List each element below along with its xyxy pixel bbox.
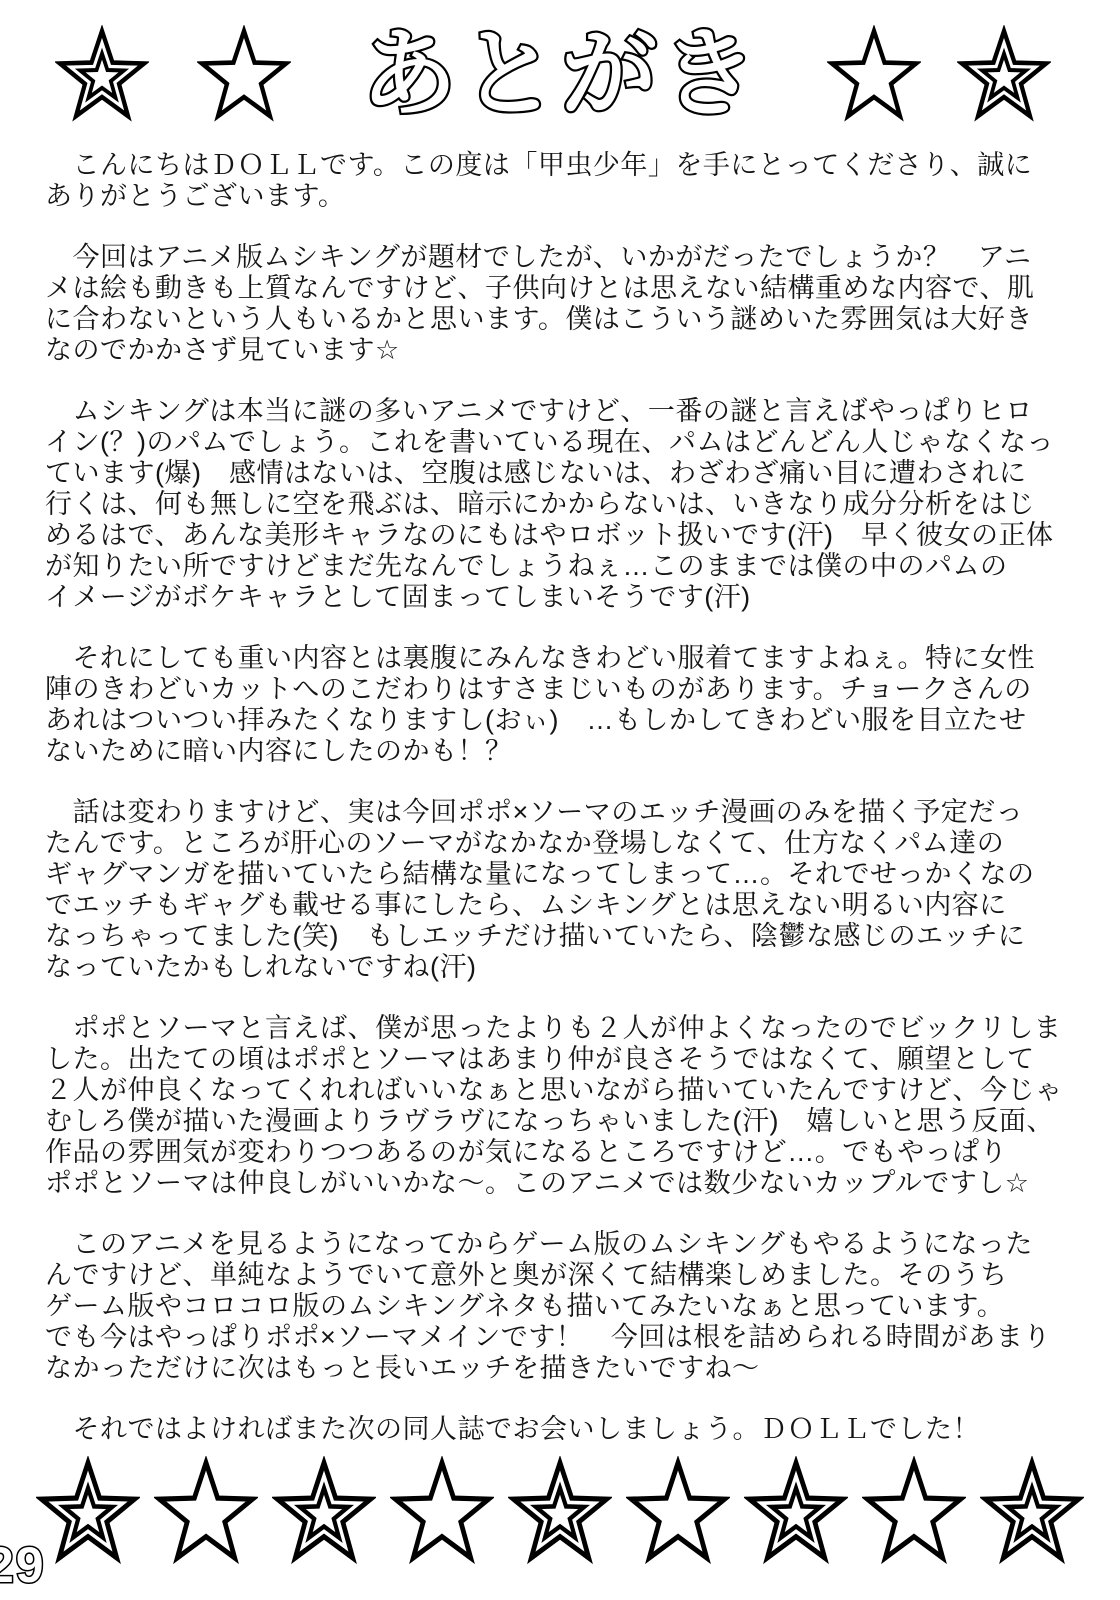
paragraph: こんにちはＤＯＬＬです。この度は「甲虫少年」を手にとってくださり、誠にありがとう… <box>45 150 1082 212</box>
text-line: ゲーム版やコロコロ版のムシキングネタも描いてみたいなぁと思っています。 <box>45 1291 1082 1322</box>
text-line: ないために暗い内容にしたのかも！？ <box>45 736 1082 767</box>
text-line: に合わないという人もいるかと思います。僕はこういう謎めいた雰囲気は大好き <box>45 304 1082 335</box>
double-outline-star-icon <box>55 25 149 125</box>
double-outline-star-icon <box>744 1456 848 1568</box>
text-line: なっちゃってました(笑) もしエッチだけ描いていたら、陰鬱な感じのエッチに <box>45 921 1082 952</box>
paragraph: 今回はアニメ版ムシキングが題材でしたが、いかがだったでしょうか？ アニメは絵も動… <box>45 242 1082 366</box>
text-line: ありがとうございます。 <box>45 181 1082 212</box>
outline-star-icon <box>197 25 291 125</box>
text-line: 作品の雰囲気が変わりつつあるのが気になるところですけど…。でもやっぱり <box>45 1137 1082 1168</box>
paragraph: このアニメを見るようになってからゲーム版のムシキングもやるようになったんですけど… <box>45 1229 1082 1384</box>
page-title: あとがき <box>361 22 761 128</box>
text-line: 今回はアニメ版ムシキングが題材でしたが、いかがだったでしょうか？ アニ <box>45 242 1082 273</box>
double-outline-star-icon <box>36 1456 140 1568</box>
text-line: が知りたい所ですけどまだ先なんでしょうねぇ…このままでは僕の中のパムの <box>45 551 1082 582</box>
double-outline-star-icon <box>957 25 1051 125</box>
text-line: でも今はやっぱりポポ×ソーマメインです！ 今回は根を詰められる時間があまり <box>45 1322 1082 1353</box>
paragraph: それではよければまた次の同人誌でお会いしましょう。ＤＯＬＬでした！ <box>45 1414 1082 1445</box>
double-outline-star-icon <box>272 1456 376 1568</box>
outline-star-icon <box>154 1456 258 1568</box>
text-line: たんです。ところが肝心のソーマがなかなか登場しなくて、仕方なくパム達の <box>45 828 1082 859</box>
text-line: こんにちはＤＯＬＬです。この度は「甲虫少年」を手にとってくださり、誠に <box>45 150 1082 181</box>
text-line: ムシキングは本当に謎の多いアニメですけど、一番の謎と言えばやっぱりヒロ <box>45 396 1082 427</box>
double-outline-star-icon <box>980 1456 1084 1568</box>
text-line: めるはで、あんな美形キャラなのにもはやロボット扱いです(汗) 早く彼女の正体 <box>45 520 1082 551</box>
outline-star-icon <box>626 1456 730 1568</box>
text-line: それではよければまた次の同人誌でお会いしましょう。ＤＯＬＬでした！ <box>45 1414 1082 1445</box>
text-line: むしろ僕が描いた漫画よりラヴラヴになっちゃいました(汗) 嬉しいと思う反面、 <box>45 1106 1082 1137</box>
paragraph: ムシキングは本当に謎の多いアニメですけど、一番の謎と言えばやっぱりヒロイン(？)… <box>45 396 1082 613</box>
body-text: こんにちはＤＯＬＬです。この度は「甲虫少年」を手にとってくださり、誠にありがとう… <box>45 150 1082 1475</box>
text-line: 陣のきわどいカットへのこだわりはすさまじいものがあります。チョークさんの <box>45 674 1082 705</box>
page-header: あとがき <box>55 22 1051 128</box>
text-line: それにしても重い内容とは裏腹にみんなきわどい服着てますよねぇ。特に女性 <box>45 643 1082 674</box>
text-line: でエッチもギャグも載せる事にしたら、ムシキングとは思えない明るい内容に <box>45 890 1082 921</box>
text-line: メは絵も動きも上質なんですけど、子供向けとは思えない結構重めな内容で、肌 <box>45 273 1082 304</box>
text-line: 話は変わりますけど、実は今回ポポ×ソーマのエッチ漫画のみを描く予定だっ <box>45 797 1082 828</box>
text-line: イメージがボケキャラとして固まってしまいそうです(汗) <box>45 582 1082 613</box>
text-line: イン(？)のパムでしょう。これを書いている現在、パムはどんどん人じゃなくなっ <box>45 427 1082 458</box>
paragraph: ポポとソーマと言えば、僕が思ったよりも２人が仲よくなったのでビックリしました。出… <box>45 1013 1082 1199</box>
text-line: した。出たての頃はポポとソーマはあまり仲が良さそうではなくて、願望として <box>45 1044 1082 1075</box>
text-line: んですけど、単純なようでいて意外と奥が深くて結構楽しめました。そのうち <box>45 1260 1082 1291</box>
outline-star-icon <box>827 25 921 125</box>
page-number: 29 <box>0 1536 46 1594</box>
text-line: なのでかかさず見ています☆ <box>45 335 1082 366</box>
header-left-stars <box>55 25 291 125</box>
outline-star-icon <box>390 1456 494 1568</box>
text-line: ポポとソーマと言えば、僕が思ったよりも２人が仲よくなったのでビックリしま <box>45 1013 1082 1044</box>
text-line: なかっただけに次はもっと長いエッチを描きたいですね～ <box>45 1353 1082 1384</box>
paragraph: それにしても重い内容とは裏腹にみんなきわどい服着てますよねぇ。特に女性陣のきわど… <box>45 643 1082 767</box>
text-line: なっていたかもしれないですね(汗) <box>45 952 1082 983</box>
outline-star-icon <box>862 1456 966 1568</box>
header-right-stars <box>827 25 1051 125</box>
text-line: ポポとソーマは仲良しがいいかな～。このアニメでは数少ないカップルですし☆ <box>45 1168 1082 1199</box>
text-line: このアニメを見るようになってからゲーム版のムシキングもやるようになった <box>45 1229 1082 1260</box>
text-line: ています(爆) 感情はないは、空腹は感じないは、わざわざ痛い目に遭わされに <box>45 458 1082 489</box>
paragraph: 話は変わりますけど、実は今回ポポ×ソーマのエッチ漫画のみを描く予定だったんです。… <box>45 797 1082 983</box>
double-outline-star-icon <box>508 1456 612 1568</box>
text-line: あれはついつい拝みたくなりますし(おぃ) …もしかしてきわどい服を目立たせ <box>45 705 1082 736</box>
text-line: ギャグマンガを描いていたら結構な量になってしまって…。それでせっかくなの <box>45 859 1082 890</box>
footer-star-row <box>0 1456 1120 1568</box>
text-line: ２人が仲良くなってくれればいいなぁと思いながら描いていたんですけど、今じゃ <box>45 1075 1082 1106</box>
text-line: 行くは、何も無しに空を飛ぶは、暗示にかからないは、いきなり成分分析をはじ <box>45 489 1082 520</box>
